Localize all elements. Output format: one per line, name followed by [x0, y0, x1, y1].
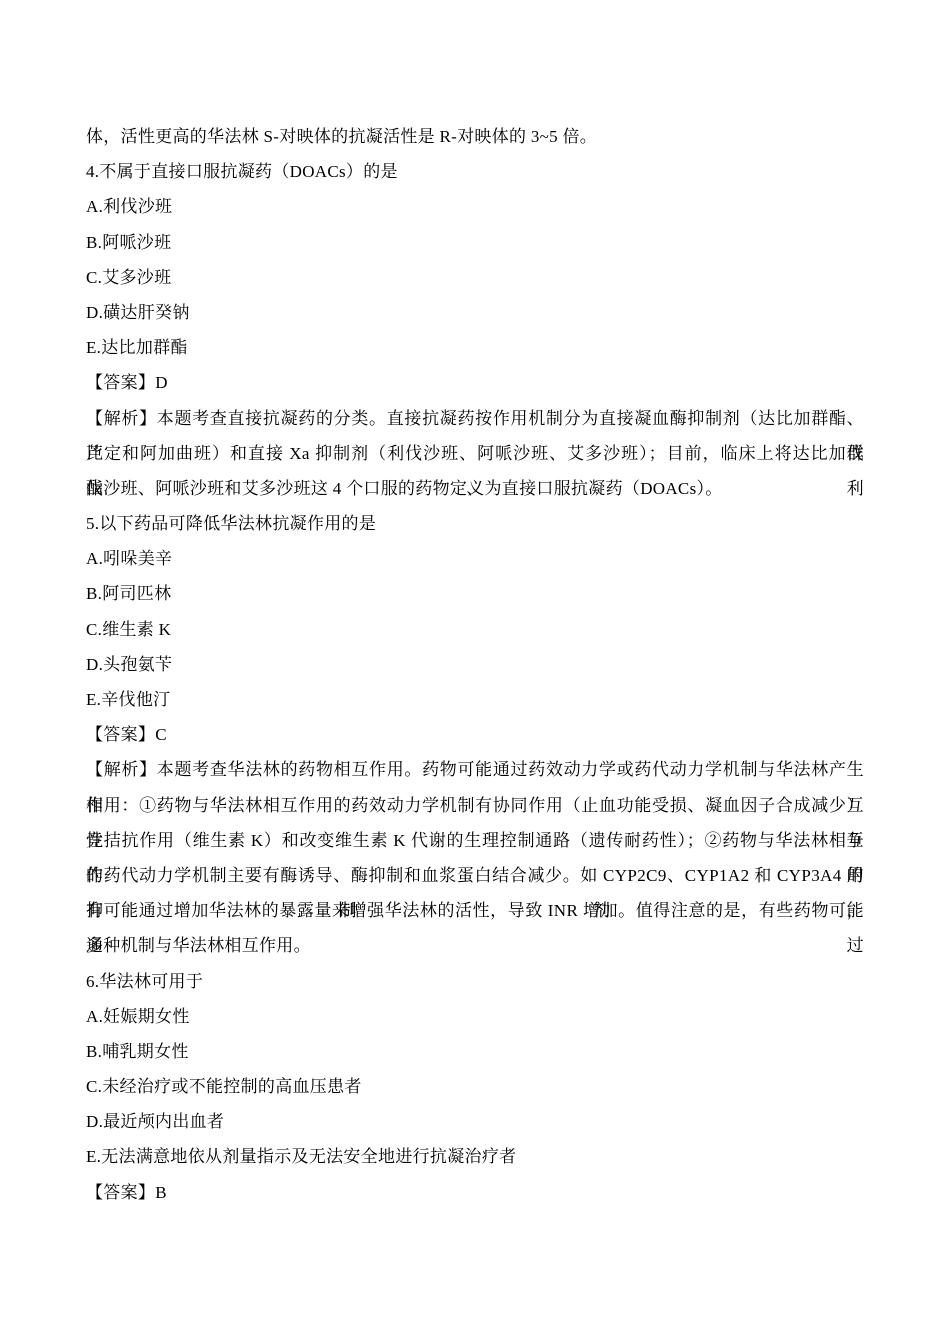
question-4-option-e: E.达比加群酯: [86, 330, 864, 365]
question-6-option-e: E.无法满意地依从剂量指示及无法安全地进行抗凝治疗者: [86, 1139, 864, 1174]
question-5-stem: 5.以下药品可降低华法林抗凝作用的是: [86, 506, 864, 541]
document-page: 体，活性更高的华法林 S-对映体的抗凝活性是 R-对映体的 3~5 倍。 4.不…: [0, 0, 950, 1210]
question-4-option-d: D.磺达肝癸钠: [86, 295, 864, 330]
question-5-option-d: D.头孢氨苄: [86, 647, 864, 682]
question-6-option-a: A.妊娠期女性: [86, 999, 864, 1034]
question-5-analysis-line-1: 【解析】本题考查华法林的药物相互作用。药物可能通过药效动力学或药代动力学机制与华…: [86, 752, 864, 787]
question-6-answer: 【答案】B: [86, 1175, 864, 1210]
question-6-option-b: B.哺乳期女性: [86, 1034, 864, 1069]
question-5-option-c: C.维生素 K: [86, 612, 864, 647]
question-5-option-e: E.辛伐他汀: [86, 682, 864, 717]
question-4-analysis-line-1: 【解析】本题考查直接抗凝药的分类。直接抗凝药按作用机制分为直接凝血酶抑制剂（达比…: [86, 401, 864, 436]
intro-continuation-line: 体，活性更高的华法林 S-对映体的抗凝活性是 R-对映体的 3~5 倍。: [86, 119, 864, 154]
question-6-stem: 6.华法林可用于: [86, 964, 864, 999]
question-6-option-d: D.最近颅内出血者: [86, 1104, 864, 1139]
question-4-stem: 4.不属于直接口服抗凝药（DOACs）的是: [86, 154, 864, 189]
question-5-option-b: B.阿司匹林: [86, 576, 864, 611]
question-4-option-a: A.利伐沙班: [86, 189, 864, 224]
question-5-analysis-line-2: 作用：①药物与华法林相互作用的药效动力学机制有协同作用（止血功能受损、凝血因子合…: [86, 788, 864, 823]
question-4-analysis-line-2: 芦定和阿加曲班）和直接 Xa 抑制剂（利伐沙班、阿哌沙班、艾多沙班）；目前，临床…: [86, 436, 864, 471]
question-5-analysis-line-3: 性拮抗作用（维生素 K）和改变维生素 K 代谢的生理控制通路（遗传耐药性）；②药…: [86, 823, 864, 858]
question-5-analysis-line-4: 的药代动力学机制主要有酶诱导、酶抑制和血浆蛋白结合减少。如 CYP2C9、CYP…: [86, 858, 864, 893]
question-4-option-b: B.阿哌沙班: [86, 225, 864, 260]
question-6-option-c: C.未经治疗或不能控制的高血压患者: [86, 1069, 864, 1104]
question-5-analysis-line-5: 有可能通过增加华法林的暴露量来增强华法林的活性，导致 INR 增加。值得注意的是…: [86, 893, 864, 928]
question-4-answer: 【答案】D: [86, 365, 864, 400]
question-4-option-c: C.艾多沙班: [86, 260, 864, 295]
question-5-answer: 【答案】C: [86, 717, 864, 752]
question-5-option-a: A.吲哚美辛: [86, 541, 864, 576]
